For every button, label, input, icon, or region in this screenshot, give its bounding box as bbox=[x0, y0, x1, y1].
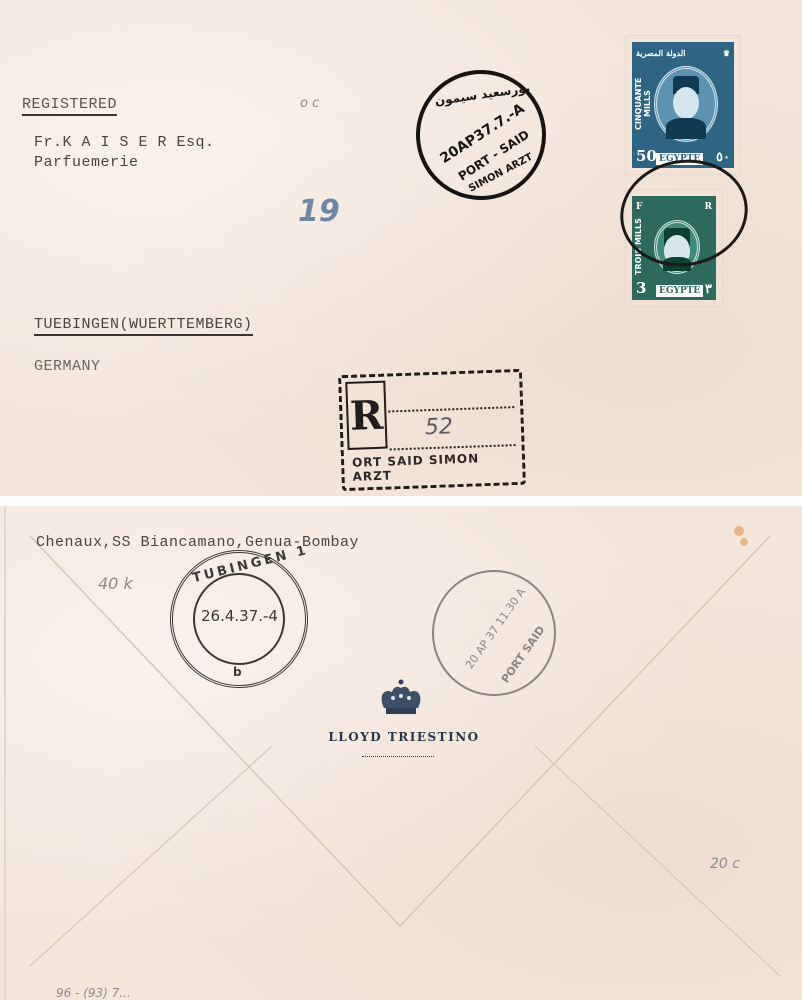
postmark-letter: b bbox=[233, 665, 242, 679]
crown-icon: ♛ bbox=[723, 48, 730, 58]
stamp-denomination: 50 bbox=[636, 147, 657, 165]
stamp-arabic-value: ٣ bbox=[705, 282, 712, 297]
stamp-denomination: 3 bbox=[636, 279, 646, 297]
envelope-front: REGISTERED Fr.K A I S E R Esq. Parfuemer… bbox=[0, 0, 802, 496]
pencil-note-right: 20 c bbox=[710, 856, 740, 872]
addressee-name: Fr.K A I S E R Esq. bbox=[34, 134, 215, 151]
address-city: TUEBINGEN(WUERTTEMBERG) bbox=[34, 316, 253, 336]
postmark-date: 26.4.37.-4 bbox=[201, 607, 278, 625]
company-ornament-rule bbox=[362, 756, 434, 757]
addressee-business: Parfuemerie bbox=[34, 154, 139, 171]
registration-letter: R bbox=[345, 381, 387, 450]
label-rule bbox=[388, 406, 514, 412]
sender-line: Chenaux,SS Biancamano,Genua-Bombay bbox=[36, 534, 359, 551]
foxing-spot bbox=[740, 538, 748, 546]
company-name: LLOYD TRIESTINO bbox=[306, 730, 502, 744]
pencil-note-bottom: 96 - (93) 7... bbox=[56, 986, 131, 1000]
envelope-back: Chenaux,SS Biancamano,Genua-Bombay 40 k … bbox=[0, 506, 802, 1000]
port-said-postmark: ﺑﻮﺭﺳﻌﻴﺪ ﺳﻴﻤﻮﻥ 20AP37.7.-A PORT - SAID SI… bbox=[408, 62, 555, 209]
stamp-50-mills: الدولة المصرية♛ CINQUANTE MILLS 50 EGYPT… bbox=[626, 36, 740, 174]
crown-icon bbox=[376, 678, 426, 718]
registration-label: R 52 ORT SAID SIMON ARZT bbox=[338, 369, 526, 491]
address-country: GERMANY bbox=[34, 358, 101, 375]
pencil-note-left: 40 k bbox=[98, 574, 133, 593]
pencil-note: o c bbox=[300, 96, 319, 111]
port-said-transit-postmark: 20 AP 37 11.30 A PORT SAID bbox=[432, 570, 556, 696]
king-portrait-icon bbox=[654, 66, 718, 142]
foxing-spot bbox=[734, 526, 744, 536]
blue-crayon-number: 19 bbox=[298, 194, 340, 229]
label-rule bbox=[390, 444, 516, 450]
registered-label: REGISTERED bbox=[22, 96, 117, 116]
registration-office: ORT SAID SIMON ARZT bbox=[352, 450, 523, 484]
registration-number: 52 bbox=[424, 414, 453, 440]
stamp-country: EGYPTE bbox=[656, 285, 703, 297]
stamp-side-text: CINQUANTE MILLS bbox=[634, 64, 648, 144]
stamp-arabic-value: ٥٠ bbox=[716, 150, 730, 165]
tubingen-arrival-postmark: TUBINGEN 1 26.4.37.-4 b bbox=[170, 550, 308, 688]
stamp-top-band: الدولة المصرية♛ bbox=[636, 45, 730, 61]
